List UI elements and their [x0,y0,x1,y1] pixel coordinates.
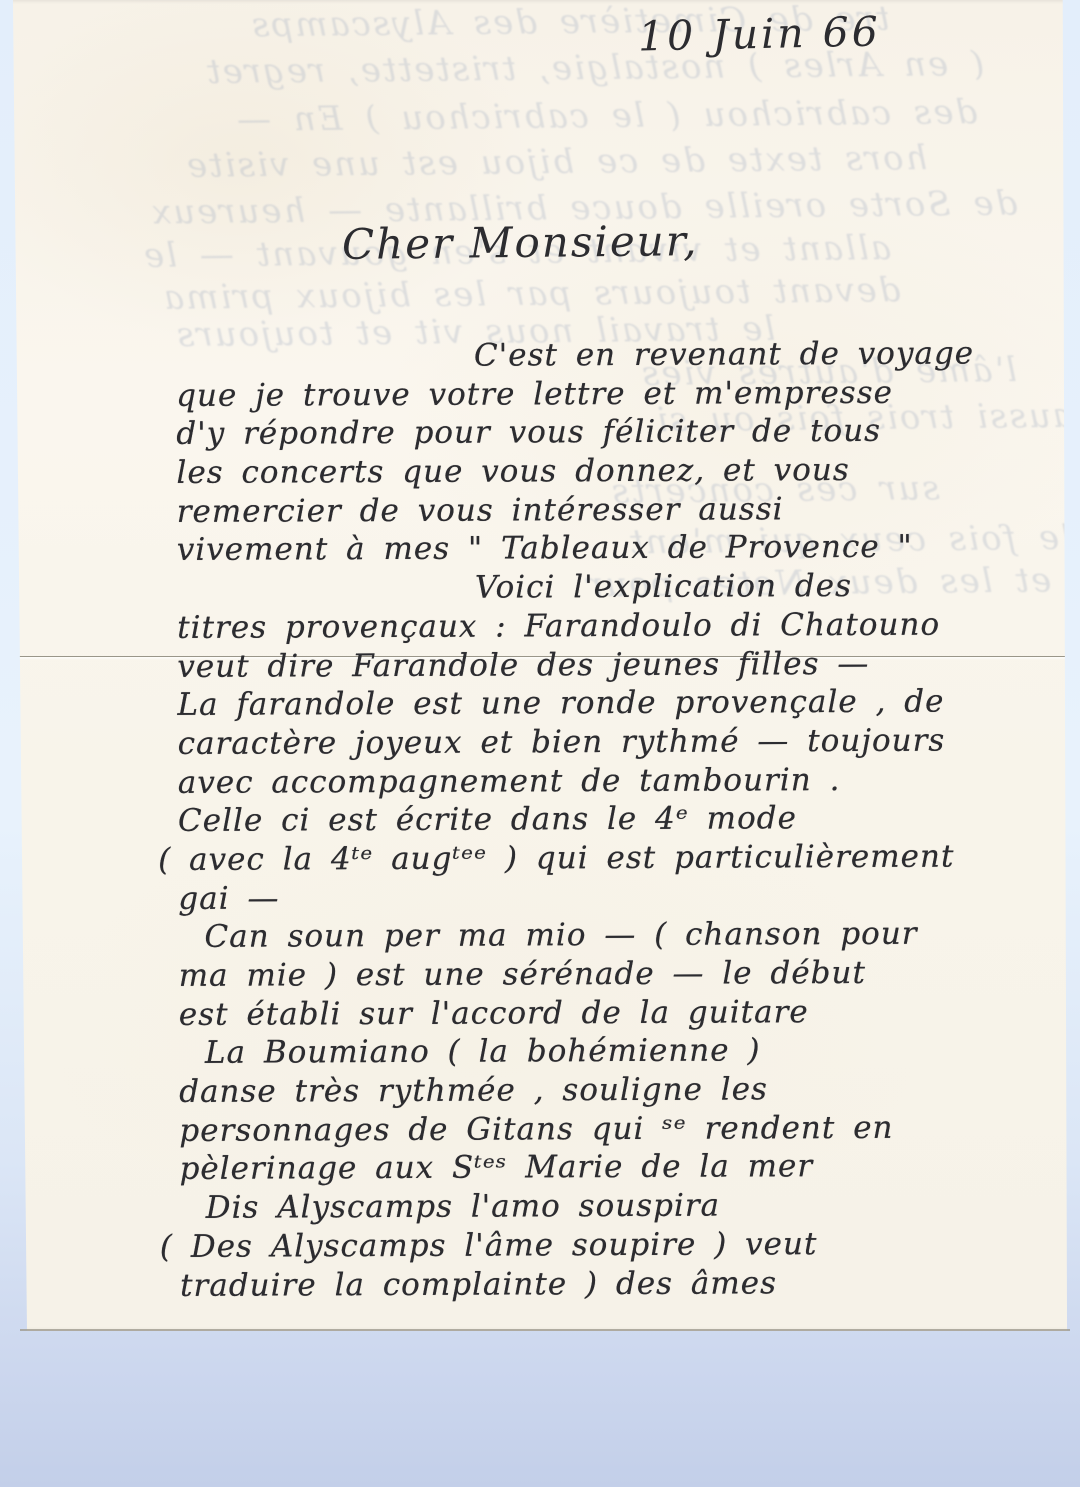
letter-line: Dis Alyscamps l'amo souspira [180,1185,1066,1228]
letter-body: C'est en revenant de voyageque je trouve… [176,334,1066,1305]
letter-line: La farandole est une ronde provençale , … [177,682,1063,725]
letter-date: 10 Juin 66 [638,7,882,60]
letter-line: Can soun per ma mio — ( chanson pour [178,914,1064,957]
paper-bottom-edge [20,1329,1070,1331]
scanned-letter-page: tre de Cimetière des Alyscamps( en Arles… [0,0,1080,1487]
letter-line: gai — [178,876,1064,919]
letter-line: d'y répondre pour vous féliciter de tous [176,411,1062,454]
letter-paper: tre de Cimetière des Alyscamps( en Arles… [0,0,1080,1331]
letter-line: ma mie ) est une sérénade — le début [179,953,1065,996]
letter-line: Celle ci est écrite dans le 4ᵉ mode [178,798,1064,841]
letter-line: titres provençaux : Farandoulo di Chatou… [177,605,1063,648]
letter-line: avec accompagnement de tambourin . [178,760,1064,803]
letter-line: veut dire Farandole des jeunes filles — [177,644,1063,687]
letter-line: C'est en revenant de voyage [176,334,1062,377]
letter-line: danse très rythmée , souligne les [179,1069,1065,1112]
letter-line: traduire la complainte ) des âmes [180,1263,1066,1306]
letter-line: ( Des Alyscamps l'âme soupire ) veut [160,1224,1066,1267]
letter-line: Voici l'explication des [177,566,1063,609]
letter-line: que je trouve votre lettre et m'empresse [176,373,1062,416]
letter-line: est établi sur l'accord de la guitare [179,992,1065,1035]
letter-line: caractère joyeux et bien rythmé — toujou… [178,721,1064,764]
ink-layer: 10 Juin 66 Cher Monsieur, C'est en reven… [0,0,1080,1331]
letter-line: vivement à mes " Tableaux de Provence " [177,528,1063,571]
letter-line: les concerts que vous donnez, et vous [176,450,1062,493]
letter-line: ( avec la 4ᵗᵉ augᵗᵉᵉ ) qui est particuli… [158,837,1064,880]
letter-line: La Boumiano ( la bohémienne ) [179,1030,1065,1073]
letter-line: pèlerinage aux Sᵗᵉˢ Marie de la mer [179,1147,1065,1190]
letter-salutation: Cher Monsieur, [342,216,699,269]
letter-line: personnages de Gitans qui ˢᵉ rendent en [179,1108,1065,1151]
letter-line: remercier de vous intéresser aussi [177,489,1063,532]
